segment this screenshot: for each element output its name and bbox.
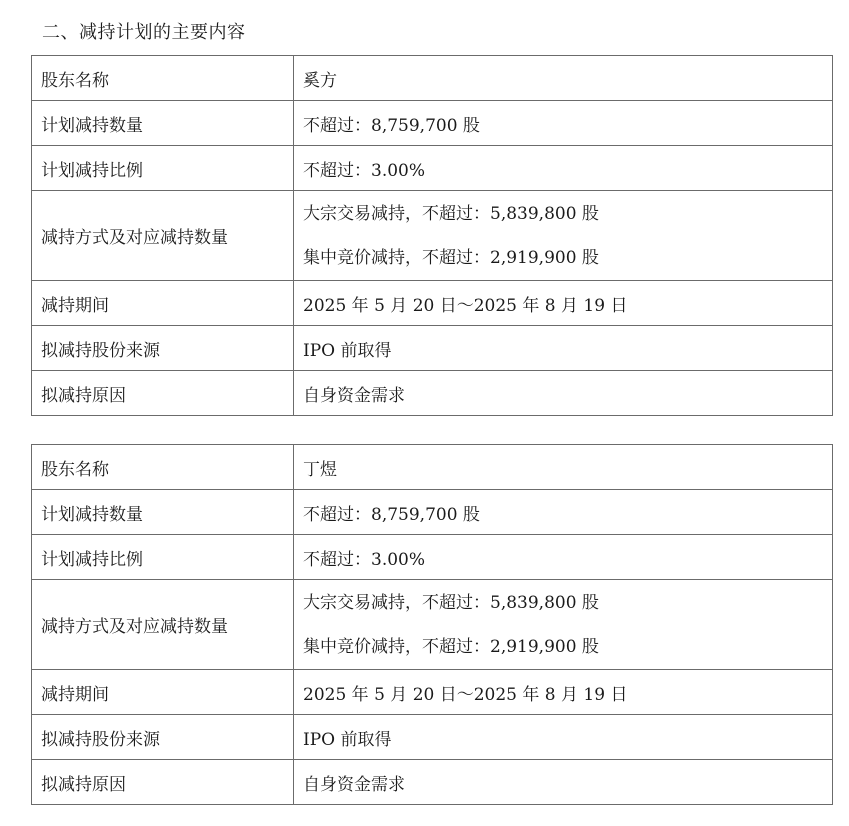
table-row: 股东名称 奚方 xyxy=(32,56,833,101)
row-label-share-source: 拟减持股份来源 xyxy=(32,715,294,760)
row-label-share-source: 拟减持股份来源 xyxy=(32,326,294,371)
row-label-reduction-method: 减持方式及对应减持数量 xyxy=(32,580,294,670)
row-value-share-source: IPO 前取得 xyxy=(294,326,833,371)
row-value-shareholder-name: 奚方 xyxy=(294,56,833,101)
table-row: 拟减持原因 自身资金需求 xyxy=(32,371,833,416)
reduction-plan-table-shareholder-2: 股东名称 丁煜 计划减持数量 不超过：8,759,700 股 计划减持比例 不超… xyxy=(31,444,833,805)
row-value-planned-ratio: 不超过：3.00% xyxy=(294,146,833,191)
table-row: 减持期间 2025 年 5 月 20 日～2025 年 8 月 19 日 xyxy=(32,281,833,326)
row-value-reduction-reason: 自身资金需求 xyxy=(294,760,833,805)
row-value-reduction-method: 大宗交易减持，不超过：5,839,800 股 集中竞价减持，不超过：2,919,… xyxy=(294,191,833,281)
table-row: 计划减持数量 不超过：8,759,700 股 xyxy=(32,101,833,146)
reduction-plan-table-shareholder-1: 股东名称 奚方 计划减持数量 不超过：8,759,700 股 计划减持比例 不超… xyxy=(31,55,833,416)
row-label-planned-ratio: 计划减持比例 xyxy=(32,535,294,580)
table-row: 计划减持数量 不超过：8,759,700 股 xyxy=(32,490,833,535)
table-row: 计划减持比例 不超过：3.00% xyxy=(32,146,833,191)
row-value-planned-ratio: 不超过：3.00% xyxy=(294,535,833,580)
table-row: 减持期间 2025 年 5 月 20 日～2025 年 8 月 19 日 xyxy=(32,670,833,715)
row-label-planned-quantity: 计划减持数量 xyxy=(32,101,294,146)
table-row: 股东名称 丁煜 xyxy=(32,445,833,490)
row-label-reduction-method: 减持方式及对应减持数量 xyxy=(32,191,294,281)
table-row: 计划减持比例 不超过：3.00% xyxy=(32,535,833,580)
row-value-reduction-reason: 自身资金需求 xyxy=(294,371,833,416)
row-label-planned-quantity: 计划减持数量 xyxy=(32,490,294,535)
table-row: 减持方式及对应减持数量 大宗交易减持，不超过：5,839,800 股 集中竞价减… xyxy=(32,580,833,670)
row-value-reduction-period: 2025 年 5 月 20 日～2025 年 8 月 19 日 xyxy=(294,281,833,326)
table-row: 拟减持股份来源 IPO 前取得 xyxy=(32,326,833,371)
row-value-share-source: IPO 前取得 xyxy=(294,715,833,760)
row-label-shareholder-name: 股东名称 xyxy=(32,445,294,490)
row-value-reduction-method: 大宗交易减持，不超过：5,839,800 股 集中竞价减持，不超过：2,919,… xyxy=(294,580,833,670)
table-row: 拟减持原因 自身资金需求 xyxy=(32,760,833,805)
row-label-reduction-reason: 拟减持原因 xyxy=(32,760,294,805)
row-value-shareholder-name: 丁煜 xyxy=(294,445,833,490)
row-label-reduction-reason: 拟减持原因 xyxy=(32,371,294,416)
block-trade-line: 大宗交易减持，不超过：5,839,800 股 xyxy=(303,581,832,625)
table-row: 拟减持股份来源 IPO 前取得 xyxy=(32,715,833,760)
row-label-reduction-period: 减持期间 xyxy=(32,670,294,715)
row-value-planned-quantity: 不超过：8,759,700 股 xyxy=(294,490,833,535)
row-value-reduction-period: 2025 年 5 月 20 日～2025 年 8 月 19 日 xyxy=(294,670,833,715)
block-trade-line: 大宗交易减持，不超过：5,839,800 股 xyxy=(303,192,832,236)
centralized-bidding-line: 集中竞价减持，不超过：2,919,900 股 xyxy=(303,236,832,280)
row-label-shareholder-name: 股东名称 xyxy=(32,56,294,101)
section-heading: 二、减持计划的主要内容 xyxy=(42,20,246,46)
row-label-reduction-period: 减持期间 xyxy=(32,281,294,326)
table-row: 减持方式及对应减持数量 大宗交易减持，不超过：5,839,800 股 集中竞价减… xyxy=(32,191,833,281)
row-value-planned-quantity: 不超过：8,759,700 股 xyxy=(294,101,833,146)
centralized-bidding-line: 集中竞价减持，不超过：2,919,900 股 xyxy=(303,625,832,669)
row-label-planned-ratio: 计划减持比例 xyxy=(32,146,294,191)
